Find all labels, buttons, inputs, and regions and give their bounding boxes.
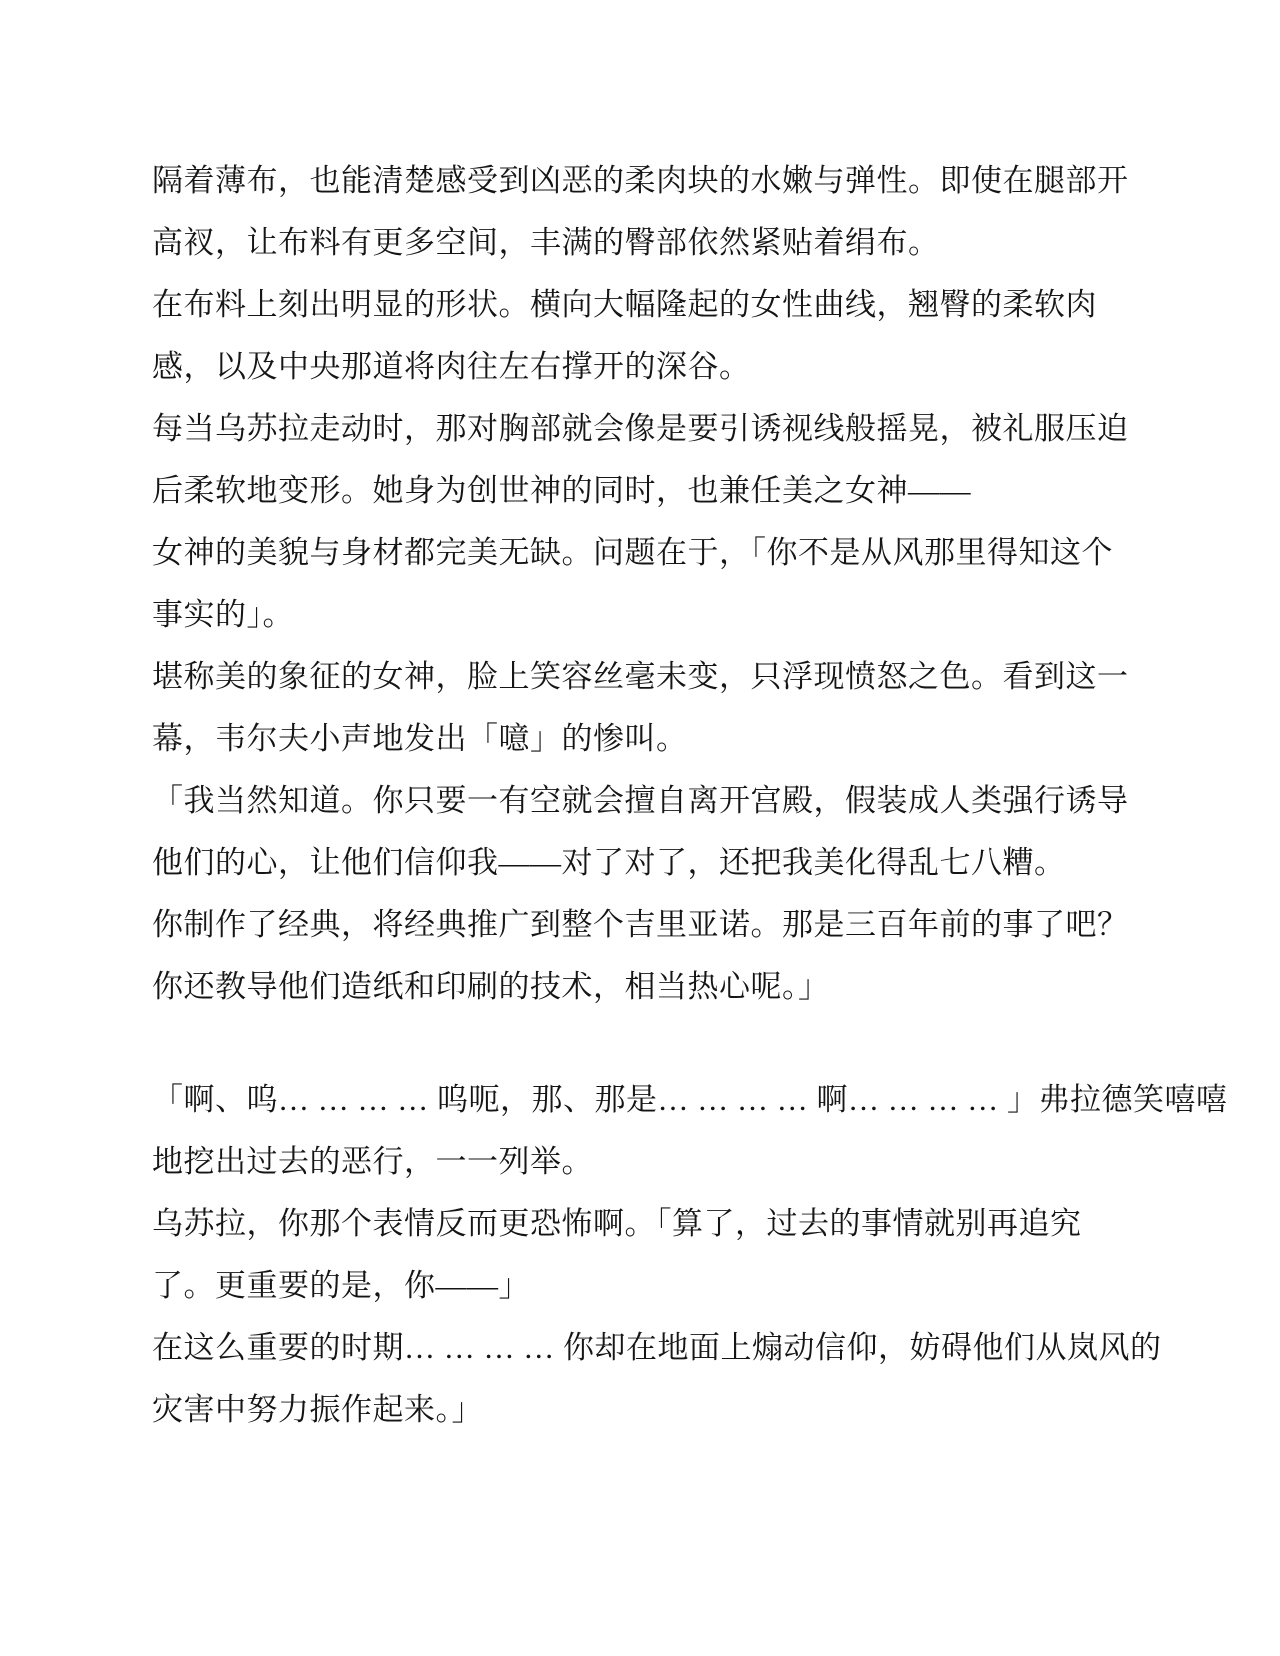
text-line: 高衩，让布料有更多空间，丰满的臀部依然紧贴着绢布。 [152, 212, 1140, 274]
paragraph: 在这么重要的时期… … … … 你却在地面上煽动信仰，妨碍他们从岚风的 灾害中努… [152, 1317, 1140, 1441]
text-line: 在布料上刻出明显的形状。横向大幅隆起的女性曲线，翘臀的柔软肉 [152, 274, 1140, 336]
text-line: 灾害中努力振作起来。」 [152, 1379, 1140, 1441]
novel-page: 隔着薄布，也能清楚感受到凶恶的柔肉块的水嫩与弹性。即使在腿部开 高衩，让布料有更… [0, 0, 1280, 1656]
text-line: 你还教导他们造纸和印刷的技术，相当热心呢。」 [152, 956, 1140, 1018]
text-line: 堪称美的象征的女神，脸上笑容丝毫未变，只浮现愤怒之色。看到这一 [152, 646, 1140, 708]
text-line: 「我当然知道。你只要一有空就会擅自离开宫殿，假装成人类强行诱导 [152, 770, 1140, 832]
paragraph: 「我当然知道。你只要一有空就会擅自离开宫殿，假装成人类强行诱导 他们的心，让他们… [152, 770, 1140, 1018]
paragraph: 隔着薄布，也能清楚感受到凶恶的柔肉块的水嫩与弹性。即使在腿部开 高衩，让布料有更… [152, 150, 1140, 274]
text-line: 乌苏拉，你那个表情反而更恐怖啊。「算了，过去的事情就别再追究 [152, 1193, 1140, 1255]
paragraph: 女神的美貌与身材都完美无缺。问题在于，「你不是从风那里得知这个 事实的」。 [152, 522, 1140, 646]
text-line: 事实的」。 [152, 584, 1140, 646]
text-line: 了。更重要的是，你——」 [152, 1255, 1140, 1317]
text-line: 每当乌苏拉走动时，那对胸部就会像是要引诱视线般摇晃，被礼服压迫 [152, 398, 1140, 460]
paragraph: 「啊、呜… … … … 呜呃，那、那是… … … … 啊… … … … 」弗拉德… [152, 1069, 1140, 1193]
paragraph: 堪称美的象征的女神，脸上笑容丝毫未变，只浮现愤怒之色。看到这一 幕，韦尔夫小声地… [152, 646, 1140, 770]
paragraph-gap [152, 1018, 1140, 1069]
text-line: 女神的美貌与身材都完美无缺。问题在于，「你不是从风那里得知这个 [152, 522, 1140, 584]
text-line: 在这么重要的时期… … … … 你却在地面上煽动信仰，妨碍他们从岚风的 [152, 1317, 1140, 1379]
text-line: 「啊、呜… … … … 呜呃，那、那是… … … … 啊… … … … 」弗拉德… [152, 1069, 1140, 1131]
text-line: 地挖出过去的恶行，一一列举。 [152, 1131, 1140, 1193]
paragraph: 在布料上刻出明显的形状。横向大幅隆起的女性曲线，翘臀的柔软肉 感，以及中央那道将… [152, 274, 1140, 398]
text-line: 你制作了经典，将经典推广到整个吉里亚诺。那是三百年前的事了吧？ [152, 894, 1140, 956]
paragraph: 乌苏拉，你那个表情反而更恐怖啊。「算了，过去的事情就别再追究 了。更重要的是，你… [152, 1193, 1140, 1317]
text-line: 隔着薄布，也能清楚感受到凶恶的柔肉块的水嫩与弹性。即使在腿部开 [152, 150, 1140, 212]
text-line: 幕，韦尔夫小声地发出「噫」的惨叫。 [152, 708, 1140, 770]
paragraph: 每当乌苏拉走动时，那对胸部就会像是要引诱视线般摇晃，被礼服压迫 后柔软地变形。她… [152, 398, 1140, 522]
text-line: 感，以及中央那道将肉往左右撑开的深谷。 [152, 336, 1140, 398]
text-line: 后柔软地变形。她身为创世神的同时，也兼任美之女神—— [152, 460, 1140, 522]
text-line: 他们的心，让他们信仰我——对了对了，还把我美化得乱七八糟。 [152, 832, 1140, 894]
